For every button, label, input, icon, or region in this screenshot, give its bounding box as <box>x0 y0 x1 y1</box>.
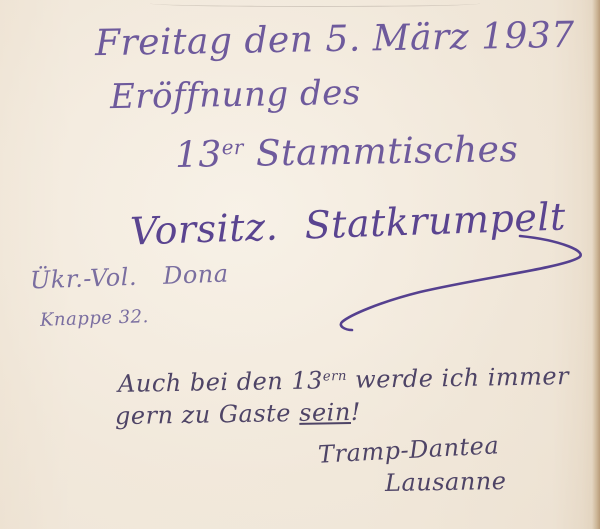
guestbook-page: Freitag den 5. März 1937 Eröffnung des 1… <box>0 0 600 529</box>
signature-flourish-icon <box>0 0 600 529</box>
